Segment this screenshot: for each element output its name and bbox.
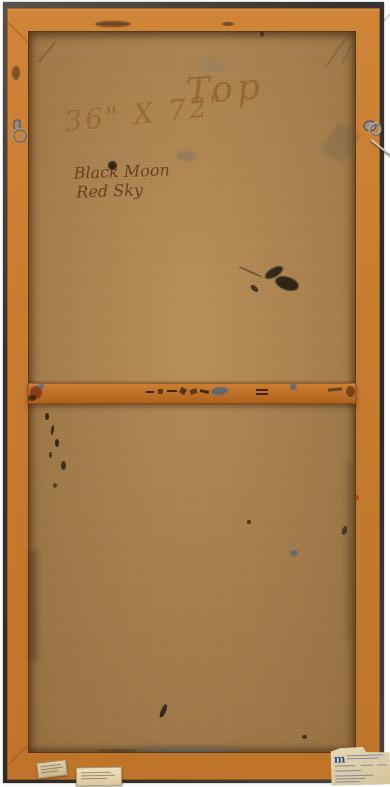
museum-logo-icon: m bbox=[334, 754, 346, 764]
paint-red bbox=[30, 386, 42, 399]
bar-inscription-mark bbox=[256, 393, 268, 395]
smudge bbox=[321, 122, 361, 165]
speck bbox=[260, 31, 264, 37]
title-line-2: Red Sky bbox=[76, 179, 171, 201]
photo-of-painting-verso: Top 36" X 72" Black Moon Red Sky bbox=[0, 0, 390, 787]
bar-inscription-mark bbox=[167, 390, 177, 392]
paint-dark bbox=[346, 386, 355, 397]
blue-wash bbox=[198, 59, 224, 73]
title-line-1: Black Moon bbox=[73, 160, 170, 182]
bar-inscription-mark bbox=[200, 389, 209, 394]
paint-blue bbox=[290, 384, 297, 390]
screw-eye-icon bbox=[8, 118, 28, 148]
scratch-marks bbox=[325, 34, 350, 68]
title-inscription: Black Moon Red Sky bbox=[73, 160, 170, 201]
bar-inscription-mark bbox=[189, 388, 197, 395]
bar-inscription-mark bbox=[256, 389, 268, 391]
paint-stain bbox=[263, 264, 285, 282]
paint-stain bbox=[249, 284, 259, 294]
scratch-mark bbox=[38, 42, 56, 63]
paint-dark bbox=[28, 395, 36, 401]
crossbar bbox=[28, 383, 356, 404]
bar-inscription-mark bbox=[328, 387, 342, 391]
crossbar-paper-label bbox=[76, 767, 122, 787]
size-inscription: 36" X 72" bbox=[63, 89, 227, 139]
paint-blue bbox=[211, 386, 229, 396]
paint-stain bbox=[274, 274, 301, 294]
bar-inscription-mark bbox=[158, 389, 163, 394]
bar-inscription-mark bbox=[179, 387, 187, 395]
canvas-lower-panel bbox=[28, 404, 356, 753]
scratch-marks bbox=[341, 36, 356, 63]
ink-blob bbox=[108, 161, 117, 170]
orientation-inscription: Top bbox=[185, 66, 266, 112]
smudge bbox=[176, 151, 196, 161]
bar-inscription-mark bbox=[146, 391, 154, 393]
paint-blue bbox=[38, 384, 44, 389]
paint-stain bbox=[239, 266, 263, 278]
